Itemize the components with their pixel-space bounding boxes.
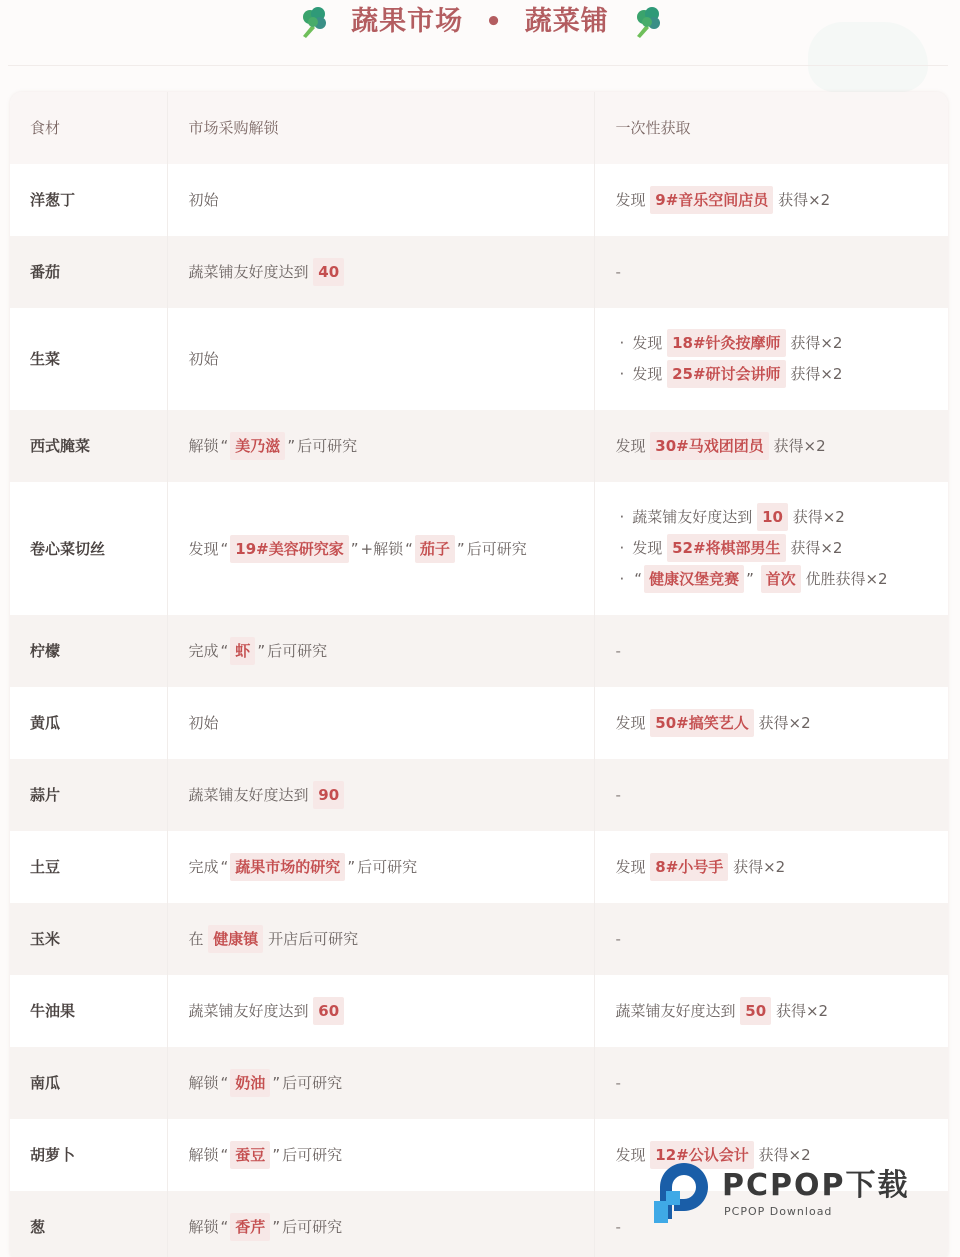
gain-text: 获得×2 (790, 365, 842, 383)
ingredient-name: 卷心菜切丝 (10, 482, 167, 615)
ingredient-name: 西式腌菜 (10, 410, 167, 482)
highlight-tag: 25#研讨会讲师 (667, 360, 785, 388)
unlock-condition: 解锁“香芹”后可研究 (167, 1191, 594, 1257)
quote-mark: “ (219, 1146, 231, 1164)
table-row: 牛油果 蔬菜铺友好度达到 60 蔬菜铺友好度达到 50 获得×2 (10, 975, 948, 1047)
highlight-tag: 30#马戏团团员 (650, 432, 768, 460)
unlock-text: 解锁 (189, 1074, 219, 1092)
ingredient-name: 生菜 (10, 308, 167, 410)
unlock-condition: 完成“蔬果市场的研究”后可研究 (167, 831, 594, 903)
highlight-tag: 虾 (230, 637, 255, 665)
unlock-text: 后可研究 (467, 540, 527, 558)
gain-text: 获得×2 (790, 539, 842, 557)
table-row: 番茄 蔬菜铺友好度达到 40 - (10, 236, 948, 308)
unlock-text: 初始 (189, 714, 219, 732)
highlight-tag: 健康镇 (208, 925, 263, 953)
gain-text: 获得×2 (793, 508, 845, 526)
one-time-gain: 发现 8#小号手 获得×2 (594, 831, 948, 903)
ingredient-name: 胡萝卜 (10, 1119, 167, 1191)
one-time-gain: 发现 50#搞笑艺人 获得×2 (594, 687, 948, 759)
quote-mark: “ (403, 540, 415, 558)
gain-list-item: 发现 52#将棋部男生 获得×2 (616, 533, 949, 564)
page-header: 蔬果市场 • 蔬菜铺 (0, 0, 960, 66)
gain-text: 优胜获得×2 (805, 570, 887, 588)
table-row: 蒜片 蔬菜铺友好度达到 90 - (10, 759, 948, 831)
highlight-tag: 首次 (761, 565, 801, 593)
ingredient-name: 葱 (10, 1191, 167, 1257)
unlock-text: 后可研究 (282, 1146, 342, 1164)
unlock-text: 后可研究 (282, 1074, 342, 1092)
empty-dash: - (616, 930, 621, 948)
ingredient-name: 黄瓜 (10, 687, 167, 759)
quote-mark: “ (632, 570, 644, 588)
ingredient-name: 玉米 (10, 903, 167, 975)
ingredient-name: 番茄 (10, 236, 167, 308)
highlight-tag: 健康汉堡竞赛 (644, 565, 744, 593)
one-time-gain: - (594, 236, 948, 308)
gain-text: 发现 (616, 437, 646, 455)
one-time-gain: 发现 30#马戏团团员 获得×2 (594, 410, 948, 482)
table-row: 洋葱丁 初始 发现 9#音乐空间店员 获得×2 (10, 164, 948, 236)
unlock-condition: 解锁“奶油”后可研究 (167, 1047, 594, 1119)
unlock-text: 发现 (189, 540, 219, 558)
quote-mark: ” (744, 570, 756, 588)
highlight-tag: 10 (757, 503, 788, 531)
gain-text: 发现 (616, 191, 646, 209)
gain-list: 蔬菜铺友好度达到 10 获得×2 发现 52#将棋部男生 获得×2 “健康汉堡竞… (616, 502, 949, 595)
unlock-text: 蔬菜铺友好度达到 (189, 786, 309, 804)
highlight-tag: 50#搞笑艺人 (650, 709, 753, 737)
one-time-gain: - (594, 903, 948, 975)
gain-text: 发现 (616, 1146, 646, 1164)
gain-text: 获得×2 (774, 437, 826, 455)
quote-mark: “ (219, 642, 231, 660)
unlock-text: 后可研究 (297, 437, 357, 455)
gain-list-item: 发现 25#研讨会讲师 获得×2 (616, 359, 949, 390)
broccoli-icon (631, 5, 663, 39)
ingredient-name: 蒜片 (10, 759, 167, 831)
pcpop-logo-icon (652, 1157, 714, 1227)
page-title: 蔬果市场 • 蔬菜铺 (297, 2, 663, 42)
column-header-ingredient: 食材 (10, 92, 167, 164)
unlock-condition: 完成“虾”后可研究 (167, 615, 594, 687)
column-header-unlock: 市场采购解锁 (167, 92, 594, 164)
gain-list-item: 蔬菜铺友好度达到 10 获得×2 (616, 502, 949, 533)
ingredient-name: 柠檬 (10, 615, 167, 687)
unlock-condition: 初始 (167, 164, 594, 236)
unlock-text: 解锁 (189, 1218, 219, 1236)
header-divider (8, 65, 948, 66)
table-row: 生菜 初始 发现 18#针灸按摩师 获得×2 发现 25#研讨会讲师 获得×2 (10, 308, 948, 410)
highlight-tag: 50 (740, 997, 771, 1025)
table-row: 黄瓜 初始 发现 50#搞笑艺人 获得×2 (10, 687, 948, 759)
ingredient-table-card: 食材 市场采购解锁 一次性获取 洋葱丁 初始 发现 9#音乐空间店员 获得×2 … (10, 92, 948, 1257)
unlock-text: 后可研究 (357, 858, 417, 876)
empty-dash: - (616, 642, 621, 660)
one-time-gain: 蔬菜铺友好度达到 10 获得×2 发现 52#将棋部男生 获得×2 “健康汉堡竞… (594, 482, 948, 615)
quote-mark: “ (219, 437, 231, 455)
unlock-condition: 解锁“美乃滋”后可研究 (167, 410, 594, 482)
quote-mark: ” (455, 540, 467, 558)
unlock-text: 完成 (189, 642, 219, 660)
quote-mark: “ (219, 858, 231, 876)
unlock-condition: 蔬菜铺友好度达到 40 (167, 236, 594, 308)
table-row: 玉米 在 健康镇 开店后可研究 - (10, 903, 948, 975)
gain-text: 发现 (632, 334, 662, 352)
empty-dash: - (616, 1074, 621, 1092)
highlight-tag: 40 (313, 258, 344, 286)
highlight-tag: 美乃滋 (230, 432, 285, 460)
watermark-subtitle: PCPOP Download (724, 1205, 832, 1218)
one-time-gain: - (594, 615, 948, 687)
title-shop: 蔬菜铺 (525, 2, 609, 42)
ingredient-name: 土豆 (10, 831, 167, 903)
empty-dash: - (616, 263, 621, 281)
unlock-text: 解锁 (189, 1146, 219, 1164)
highlight-tag: 茄子 (415, 535, 455, 563)
highlight-tag: 18#针灸按摩师 (667, 329, 785, 357)
unlock-condition: 在 健康镇 开店后可研究 (167, 903, 594, 975)
unlock-text: 解锁 (189, 437, 219, 455)
quote-mark: ” (349, 540, 361, 558)
highlight-tag: 90 (313, 781, 344, 809)
one-time-gain: - (594, 1047, 948, 1119)
highlight-tag: 60 (313, 997, 344, 1025)
highlight-tag: 蚕豆 (230, 1141, 270, 1169)
table-row: 土豆 完成“蔬果市场的研究”后可研究 发现 8#小号手 获得×2 (10, 831, 948, 903)
gain-text: 获得×2 (733, 858, 785, 876)
quote-mark: ” (255, 642, 267, 660)
empty-dash: - (616, 1218, 621, 1236)
unlock-text: 后可研究 (267, 642, 327, 660)
highlight-tag: 52#将棋部男生 (667, 534, 785, 562)
broccoli-icon (297, 5, 329, 39)
gain-text: 蔬菜铺友好度达到 (616, 1002, 736, 1020)
gain-list-item: “健康汉堡竞赛” 首次 优胜获得×2 (616, 564, 949, 595)
ingredient-name: 洋葱丁 (10, 164, 167, 236)
highlight-tag: 奶油 (230, 1069, 270, 1097)
pcpop-watermark: PCPOP下载 PCPOP Download (652, 1157, 942, 1227)
quote-mark: ” (270, 1218, 282, 1236)
one-time-gain: 发现 18#针灸按摩师 获得×2 发现 25#研讨会讲师 获得×2 (594, 308, 948, 410)
unlock-condition: 蔬菜铺友好度达到 60 (167, 975, 594, 1047)
one-time-gain: - (594, 759, 948, 831)
table-row: 卷心菜切丝 发现“19#美容研究家”+解锁“茄子”后可研究 蔬菜铺友好度达到 1… (10, 482, 948, 615)
one-time-gain: 发现 9#音乐空间店员 获得×2 (594, 164, 948, 236)
highlight-tag: 19#美容研究家 (230, 535, 348, 563)
unlock-text: 初始 (189, 191, 219, 209)
watermark-brand: PCPOP下载 (722, 1169, 909, 1203)
unlock-text: 开店后可研究 (268, 930, 358, 948)
quote-mark: ” (270, 1146, 282, 1164)
unlock-condition: 发现“19#美容研究家”+解锁“茄子”后可研究 (167, 482, 594, 615)
gain-text: 发现 (616, 858, 646, 876)
gain-text: 发现 (632, 365, 662, 383)
unlock-text: +解锁 (361, 540, 404, 558)
gain-text: 获得×2 (759, 714, 811, 732)
gain-text: 蔬菜铺友好度达到 (632, 508, 752, 526)
one-time-gain: 蔬菜铺友好度达到 50 获得×2 (594, 975, 948, 1047)
empty-dash: - (616, 786, 621, 804)
table-row: 南瓜 解锁“奶油”后可研究 - (10, 1047, 948, 1119)
unlock-condition: 解锁“蚕豆”后可研究 (167, 1119, 594, 1191)
column-header-one-time: 一次性获取 (594, 92, 948, 164)
highlight-tag: 9#音乐空间店员 (650, 186, 773, 214)
unlock-condition: 初始 (167, 308, 594, 410)
gain-text: 获得×2 (778, 191, 830, 209)
quote-mark: “ (219, 1218, 231, 1236)
quote-mark: “ (219, 1074, 231, 1092)
ingredient-name: 牛油果 (10, 975, 167, 1047)
gain-text: 发现 (616, 714, 646, 732)
gain-list: 发现 18#针灸按摩师 获得×2 发现 25#研讨会讲师 获得×2 (616, 328, 949, 390)
unlock-text: 完成 (189, 858, 219, 876)
gain-text: 获得×2 (776, 1002, 828, 1020)
ingredient-table: 食材 市场采购解锁 一次性获取 洋葱丁 初始 发现 9#音乐空间店员 获得×2 … (10, 92, 948, 1257)
highlight-tag: 8#小号手 (650, 853, 728, 881)
table-header-row: 食材 市场采购解锁 一次性获取 (10, 92, 948, 164)
title-separator: • (485, 2, 503, 42)
ingredient-name: 南瓜 (10, 1047, 167, 1119)
highlight-tag: 蔬果市场的研究 (230, 853, 345, 881)
quote-mark: ” (285, 437, 297, 455)
gain-text: 获得×2 (790, 334, 842, 352)
quote-mark: ” (345, 858, 357, 876)
quote-mark: ” (270, 1074, 282, 1092)
gain-text: 发现 (632, 539, 662, 557)
unlock-text: 蔬菜铺友好度达到 (189, 263, 309, 281)
unlock-text: 后可研究 (282, 1218, 342, 1236)
table-row: 柠檬 完成“虾”后可研究 - (10, 615, 948, 687)
gain-list-item: 发现 18#针灸按摩师 获得×2 (616, 328, 949, 359)
unlock-condition: 初始 (167, 687, 594, 759)
quote-mark: “ (219, 540, 231, 558)
unlock-text: 蔬菜铺友好度达到 (189, 1002, 309, 1020)
table-row: 西式腌菜 解锁“美乃滋”后可研究 发现 30#马戏团团员 获得×2 (10, 410, 948, 482)
unlock-text: 在 (189, 930, 204, 948)
title-market: 蔬果市场 (351, 2, 463, 42)
highlight-tag: 香芹 (230, 1213, 270, 1241)
unlock-condition: 蔬菜铺友好度达到 90 (167, 759, 594, 831)
unlock-text: 初始 (189, 350, 219, 368)
